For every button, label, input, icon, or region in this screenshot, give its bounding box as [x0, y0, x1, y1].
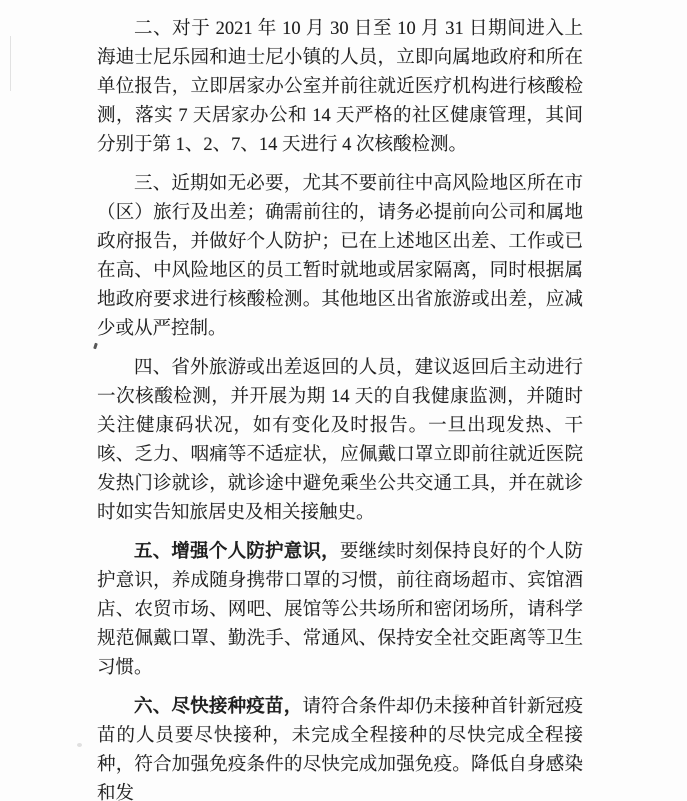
- paragraph-list: 二、对于 2021 年 10 月 30 日至 10 月 31 日期间进入上海迪士…: [97, 15, 583, 801]
- paragraph-text: 二、对于 2021 年 10 月 30 日至 10 月 31 日期间进入上海迪士…: [97, 19, 583, 155]
- paragraph-lead-bold: 六、尽快接种疫苗，: [134, 697, 302, 717]
- scan-artifact: [77, 743, 82, 747]
- paragraph-text: 三、近期如无必要，尤其不要前往中高风险地区所在市（区）旅行及出差；确需前往的，请…: [97, 174, 583, 339]
- para-2: 二、对于 2021 年 10 月 30 日至 10 月 31 日期间进入上海迪士…: [97, 15, 583, 160]
- paragraph-text: 要继续时刻保持良好的个人防护意识，养成随身携带口罩的习惯，前往商场超市、宾馆酒店…: [97, 542, 583, 678]
- paragraph-lead-bold: 五、增强个人防护意识，: [134, 542, 340, 562]
- para-6: 六、尽快接种疫苗，请符合条件却仍未接种首针新冠疫苗的人员要尽快接种，未完成全程接…: [97, 693, 583, 801]
- para-5: 五、增强个人防护意识，要继续时刻保持良好的个人防护意识，养成随身携带口罩的习惯，…: [97, 538, 583, 683]
- document-page: 二、对于 2021 年 10 月 30 日至 10 月 31 日期间进入上海迪士…: [0, 0, 687, 801]
- paragraph-text: 四、省外旅游或出差返回的人员，建议返回后主动进行一次核酸检测，并开展为期 14 …: [97, 358, 583, 523]
- scan-artifact: [10, 36, 11, 91]
- para-3: 三、近期如无必要，尤其不要前往中高风险地区所在市（区）旅行及出差；确需前往的，请…: [97, 170, 583, 344]
- para-4: 四、省外旅游或出差返回的人员，建议返回后主动进行一次核酸检测，并开展为期 14 …: [97, 354, 583, 528]
